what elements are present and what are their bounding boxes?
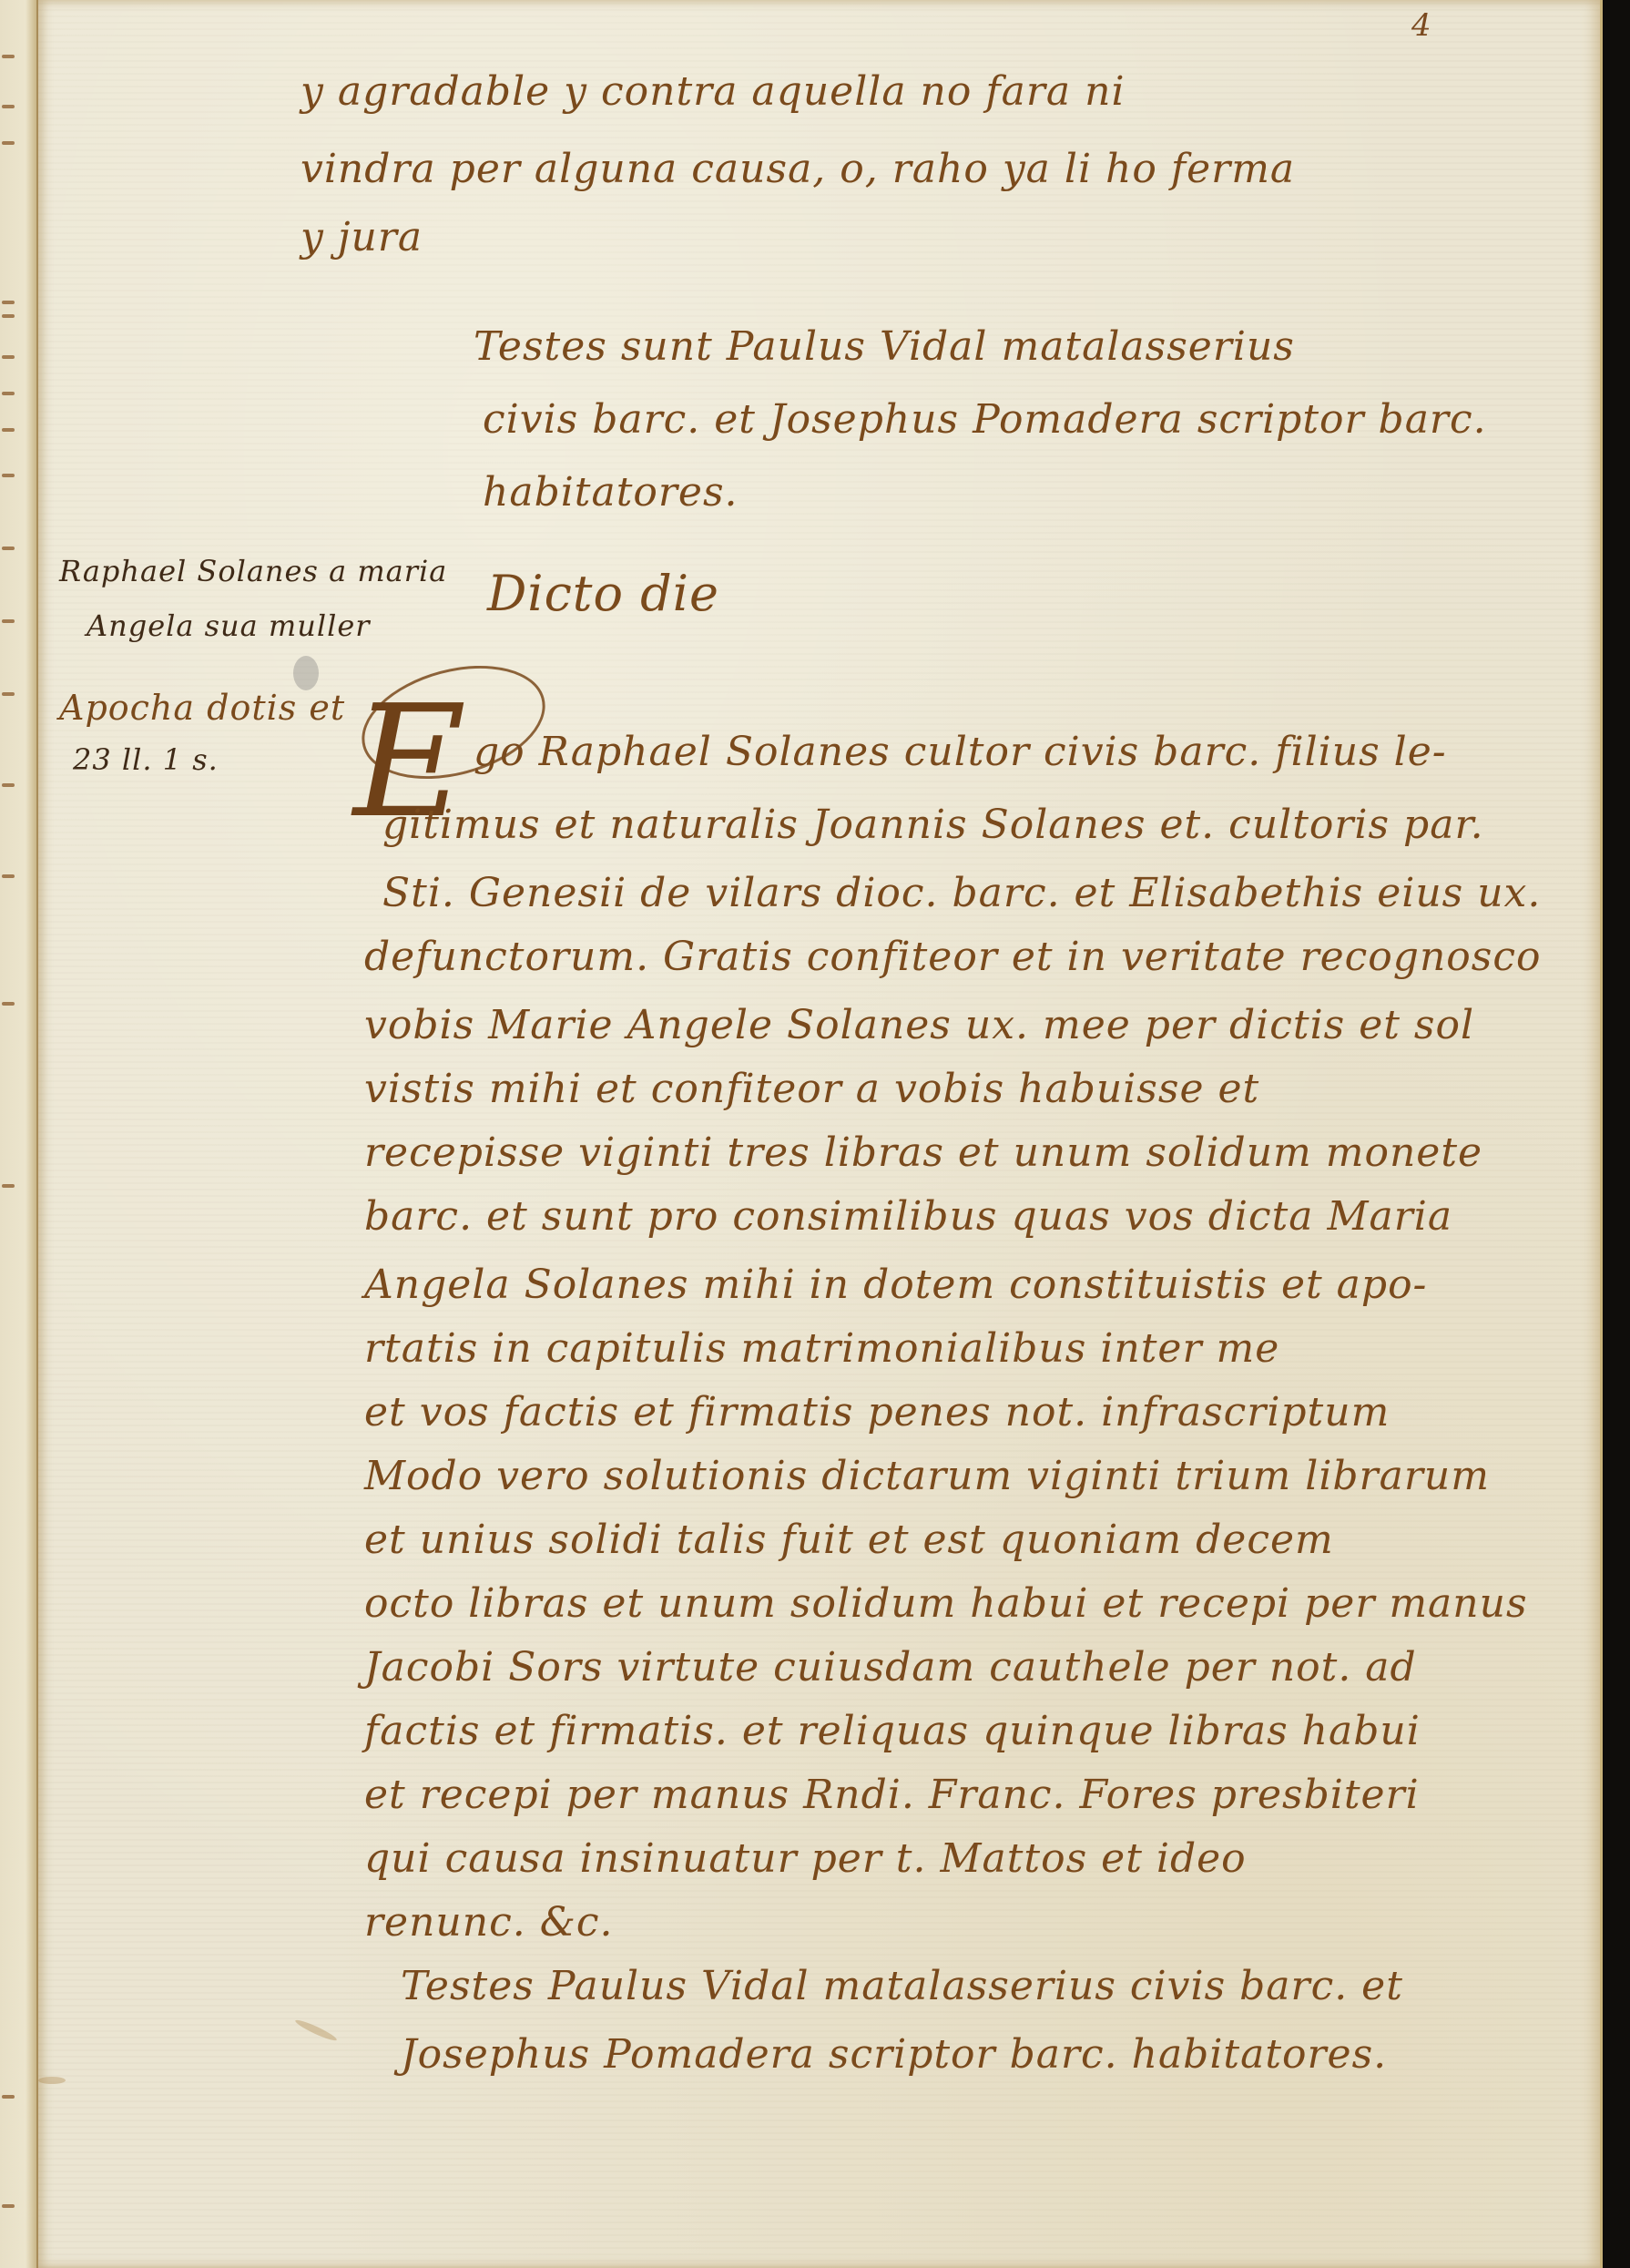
act-witness-line: Josephus Pomadera scriptor barc. habitat…	[401, 2031, 1387, 2078]
margin-note-names: Raphael Solanes a maria	[59, 554, 447, 588]
act-body-line: et unius solidi talis fuit et est quonia…	[364, 1517, 1334, 1563]
previous-act-line: y jura	[301, 214, 423, 261]
act-body-line: vobis Marie Angele Solanes ux. mee per d…	[364, 1002, 1474, 1048]
act-body-line: vistis mihi et confiteor a vobis habuiss…	[364, 1066, 1259, 1112]
act-body-line: et vos factis et firmatis penes not. inf…	[364, 1389, 1390, 1435]
previous-witness-line: civis barc. et Josephus Pomadera scripto…	[483, 396, 1487, 443]
act-body-line: factis et firmatis. et reliquas quinque …	[364, 1708, 1421, 1754]
decorated-initial: E	[353, 685, 463, 894]
ink-stain	[294, 2018, 339, 2043]
act-body-line: defunctorum. Gratis confiteor et in veri…	[364, 934, 1541, 980]
margin-note-title: Apocha dotis et	[59, 688, 345, 728]
act-body-line: Sti. Genesii de vilars dioc. barc. et El…	[382, 870, 1541, 916]
folio-number: 4	[1411, 7, 1431, 44]
previous-witness-line: habitatores.	[483, 469, 739, 516]
adjacent-page-edge	[0, 0, 38, 2268]
act-body-line: barc. et sunt pro consimilibus quas vos …	[364, 1193, 1452, 1240]
act-body-line: gitimus et naturalis Joannis Solanes et.…	[382, 802, 1484, 848]
ink-stain	[38, 2077, 66, 2084]
act-body-line: qui causa insinuatur per t. Mattos et id…	[364, 1835, 1247, 1882]
act-body-line: Modo vero solutionis dictarum viginti tr…	[364, 1453, 1490, 1499]
act-body-line: Jacobi Sors virtute cuiusdam cauthele pe…	[364, 1644, 1417, 1691]
act-body-line: et recepi per manus Rndi. Franc. Fores p…	[364, 1772, 1420, 1818]
ink-smudge	[293, 656, 319, 690]
act-witness-line: Testes Paulus Vidal matalasserius civis …	[401, 1963, 1403, 2009]
previous-witness-line: Testes sunt Paulus Vidal matalasserius	[474, 323, 1295, 370]
act-body-line: Angela Solanes mihi in dotem constituist…	[364, 1262, 1427, 1308]
act-body-line: recepisse viginti tres libras et unum so…	[364, 1129, 1482, 1176]
act-body-line: rtatis in capitulis matrimonialibus inte…	[364, 1325, 1279, 1372]
previous-act-line: y agradable y contra aquella no fara ni	[301, 68, 1126, 115]
previous-act-line: vindra per alguna causa, o, raho ya li h…	[301, 146, 1295, 192]
date-heading: Dicto die	[487, 565, 719, 622]
act-body-line: go Raphael Solanes cultor civis barc. fi…	[474, 729, 1447, 775]
margin-note-amount: 23 ll. 1 s.	[73, 742, 219, 777]
margin-note-names: Angela sua muller	[87, 608, 371, 643]
act-body-line: octo libras et unum solidum habui et rec…	[364, 1580, 1528, 1627]
act-body-line: renunc. &c.	[364, 1899, 614, 1946]
